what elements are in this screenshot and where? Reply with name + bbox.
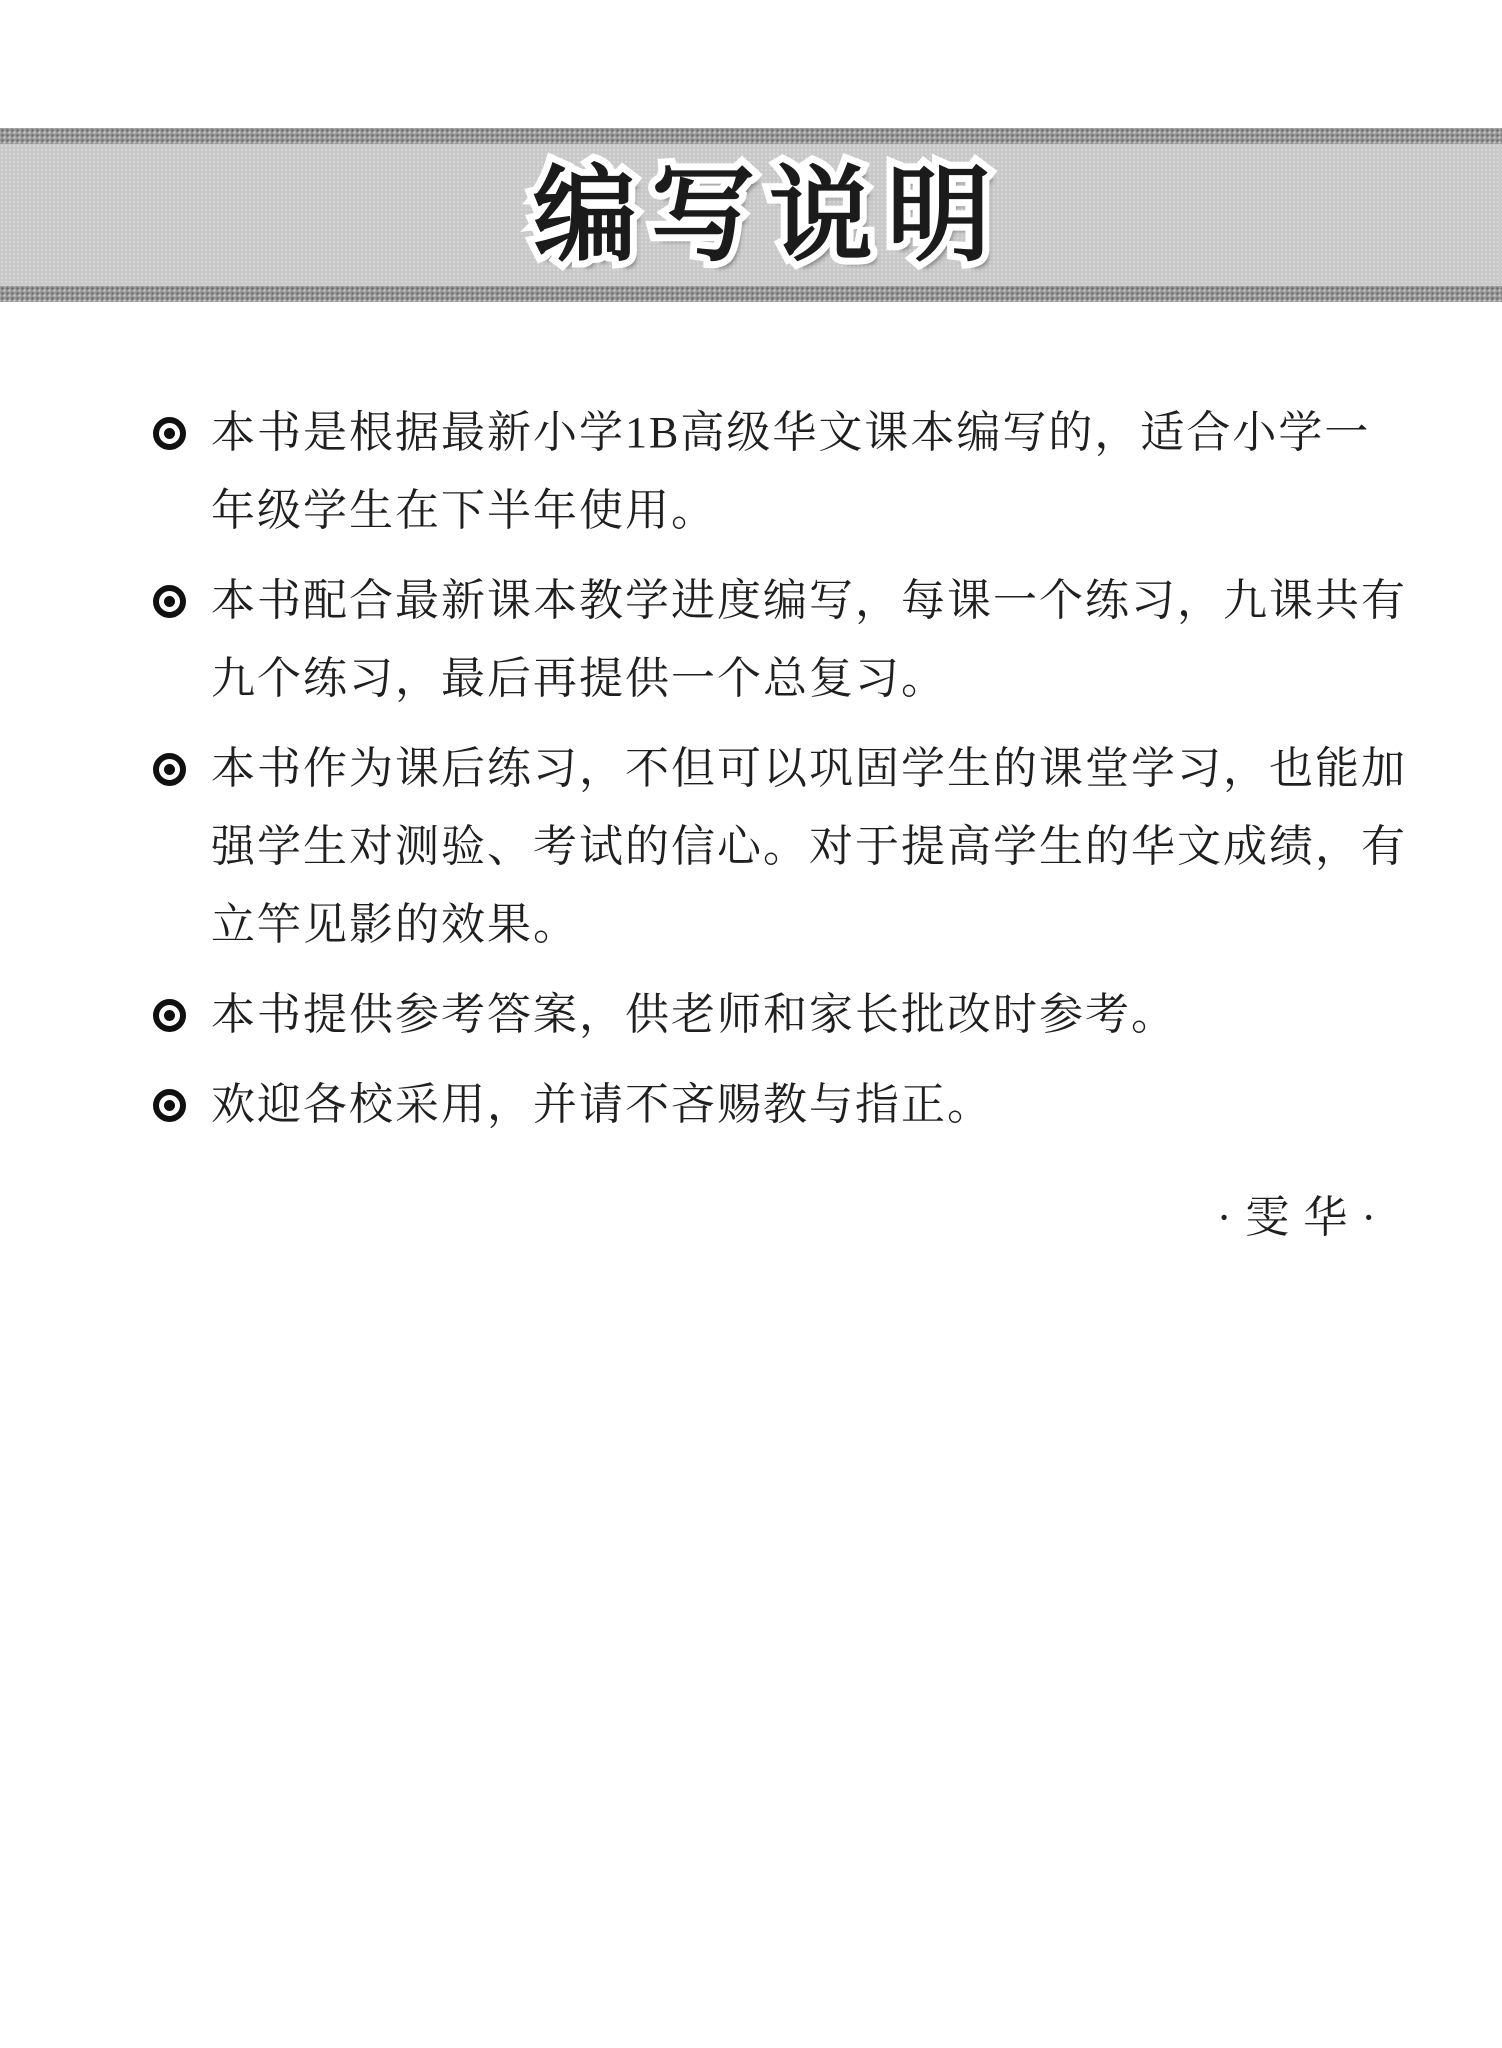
bullet-line: 欢迎各校采用，并请不吝赐教与指正。	[211, 1066, 993, 1144]
page-title-wrap: 编写说明 编写说明	[533, 163, 1005, 267]
bullet-line: 本书配合最新课本教学进度编写，每课一个练习，九课共有	[211, 562, 1407, 640]
bullet-line: 本书提供参考答案，供老师和家长批改时参考。	[211, 976, 1177, 1054]
bullet-text: 欢迎各校采用，并请不吝赐教与指正。	[211, 1066, 993, 1144]
bullet-item: 本书配合最新课本教学进度编写，每课一个练习，九课共有 九个练习，最后再提供一个总…	[153, 562, 1383, 718]
bullet-line: 年级学生在下半年使用。	[211, 472, 1370, 550]
bullet-line: 本书是根据最新小学1B高级华文课本编写的，适合小学一	[211, 394, 1370, 472]
target-bullet-icon	[153, 417, 186, 450]
bullet-line: 立竿见影的效果。	[211, 886, 1407, 964]
book-page: 编写说明 编写说明 本书是根据最新小学1B高级华文课本编写的，适合小学一 年级学…	[0, 0, 1502, 2048]
banner-bottom-stripe	[0, 286, 1502, 302]
bullet-line: 强学生对测验、考试的信心。对于提高学生的华文成绩，有	[211, 808, 1407, 886]
bullet-line: 九个练习，最后再提供一个总复习。	[211, 640, 1407, 718]
bullet-line: 本书作为课后练习，不但可以巩固学生的课堂学习，也能加	[211, 730, 1407, 808]
target-bullet-icon	[153, 585, 186, 618]
banner-top-stripe	[0, 128, 1502, 144]
title-banner: 编写说明 编写说明	[0, 128, 1502, 302]
target-bullet-icon	[153, 1089, 186, 1122]
bullet-item: 欢迎各校采用，并请不吝赐教与指正。	[153, 1066, 1383, 1144]
notes-list: 本书是根据最新小学1B高级华文课本编写的，适合小学一 年级学生在下半年使用。 本…	[153, 394, 1383, 1156]
author-signature: ·雯华·	[1217, 1192, 1390, 1244]
banner-band: 编写说明 编写说明	[0, 144, 1502, 286]
bullet-text: 本书提供参考答案，供老师和家长批改时参考。	[211, 976, 1177, 1054]
bullet-item: 本书作为课后练习，不但可以巩固学生的课堂学习，也能加 强学生对测验、考试的信心。…	[153, 730, 1383, 964]
target-bullet-icon	[153, 753, 186, 786]
bullet-item: 本书是根据最新小学1B高级华文课本编写的，适合小学一 年级学生在下半年使用。	[153, 394, 1383, 550]
bullet-item: 本书提供参考答案，供老师和家长批改时参考。	[153, 976, 1383, 1054]
target-bullet-icon	[153, 999, 186, 1032]
bullet-text: 本书是根据最新小学1B高级华文课本编写的，适合小学一 年级学生在下半年使用。	[211, 394, 1370, 550]
page-title: 编写说明	[533, 154, 1005, 276]
bullet-text: 本书配合最新课本教学进度编写，每课一个练习，九课共有 九个练习，最后再提供一个总…	[211, 562, 1407, 718]
bullet-text: 本书作为课后练习，不但可以巩固学生的课堂学习，也能加 强学生对测验、考试的信心。…	[211, 730, 1407, 964]
